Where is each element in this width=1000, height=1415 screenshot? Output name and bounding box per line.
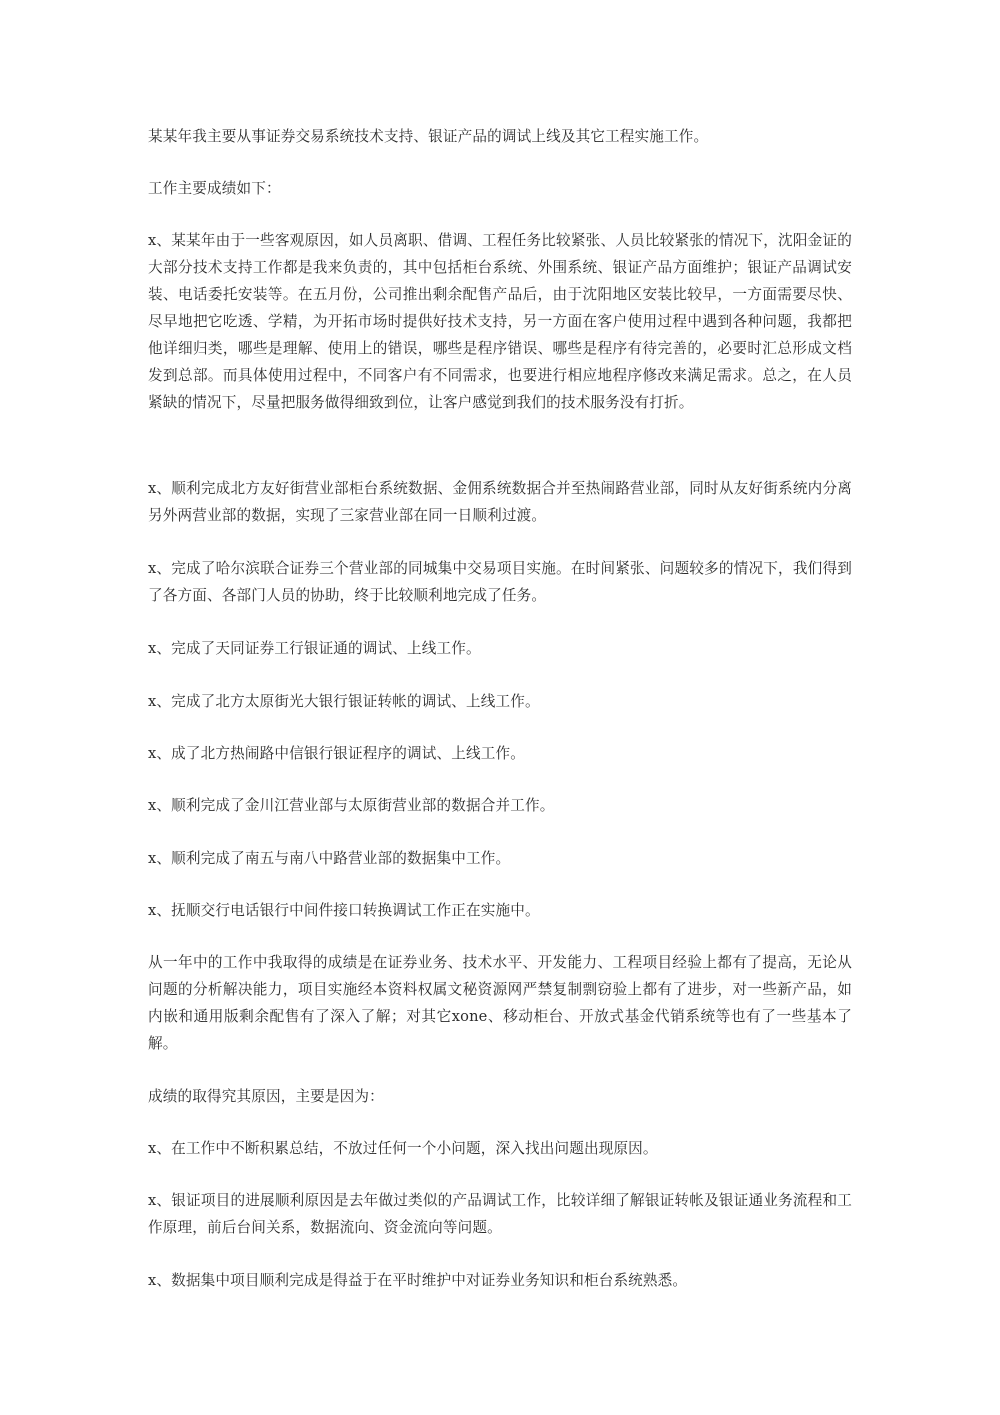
achievement-item-3: x、完成了哈尔滨联合证券三个营业部的同城集中交易项目实施。在时间紧张、问题较多的… [148,555,852,609]
reasons-heading: 成绩的取得究其原因，主要是因为： [148,1083,852,1110]
summary-paragraph: 从一年中的工作中我取得的成绩是在证券业务、技术水平、开发能力、工程项目经验上都有… [148,949,852,1057]
reason-item-2: x、银证项目的进展顺利原因是去年做过类似的产品调试工作，比较详细了解银证转帐及银… [148,1187,852,1241]
intro-paragraph: 某某年我主要从事证券交易系统技术支持、银证产品的调试上线及其它工程实施工作。 [148,123,852,150]
achievement-item-2: x、顺利完成北方友好街营业部柜台系统数据、金佣系统数据合并至热闹路营业部，同时从… [148,475,852,529]
achievement-item-9: x、抚顺交行电话银行中间件接口转换调试工作正在实施中。 [148,897,852,924]
reason-item-3: x、数据集中项目顺利完成是得益于在平时维护中对证券业务知识和柜台系统熟悉。 [148,1267,852,1294]
reason-item-1: x、在工作中不断积累总结，不放过任何一个小问题，深入找出问题出现原因。 [148,1135,852,1162]
achievement-item-4: x、完成了天同证券工行银证通的调试、上线工作。 [148,635,852,662]
achievements-heading: 工作主要成绩如下： [148,175,852,202]
achievement-item-1: x、某某年由于一些客观原因，如人员离职、借调、工程任务比较紧张、人员比较紧张的情… [148,227,852,416]
achievement-item-7: x、顺利完成了金川江营业部与太原街营业部的数据合并工作。 [148,792,852,819]
achievement-item-8: x、顺利完成了南五与南八中路营业部的数据集中工作。 [148,845,852,872]
achievement-item-5: x、完成了北方太原街光大银行银证转帐的调试、上线工作。 [148,688,852,715]
achievement-item-6: x、成了北方热闹路中信银行银证程序的调试、上线工作。 [148,740,852,767]
document-page: 某某年我主要从事证券交易系统技术支持、银证产品的调试上线及其它工程实施工作。 工… [0,0,1000,1415]
